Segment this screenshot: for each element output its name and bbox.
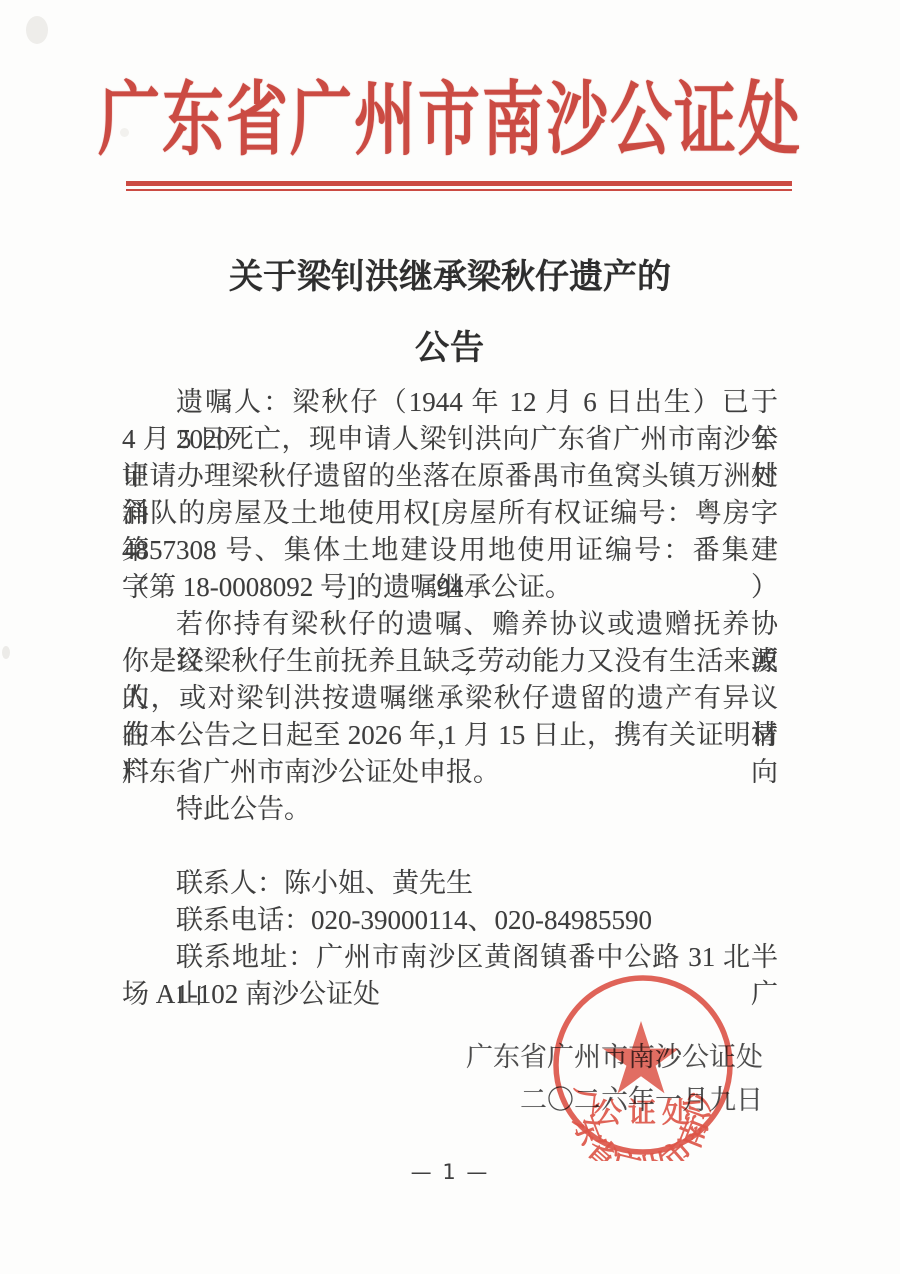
notice-body: 遗嘱人：梁秋仔（1944 年 12 月 6 日出生）已于 2020 年 4 月 …: [122, 384, 778, 1013]
blank-line: [122, 828, 778, 865]
paragraph1-line: 遗嘱人：梁秋仔（1944 年 12 月 6 日出生）已于 2020 年: [122, 384, 778, 421]
seal-bottom-text: 公证处: [594, 1097, 696, 1129]
paragraph2-line: 若你持有梁秋仔的遗嘱、赡养协议或遗赠抚养协议，或: [122, 606, 778, 643]
scan-artifact: [26, 16, 48, 44]
letterhead-double-rule: [126, 181, 792, 191]
notice-title-line1: 关于梁钊洪继承梁秋仔遗产的: [0, 249, 900, 298]
paragraph2-line: 在本公告之日起至 2026 年 1 月 15 日止，携有关证明材料向: [122, 717, 778, 754]
notary-seal: 广东省广州市南沙 公证处: [549, 971, 739, 1161]
paragraph1-line: 涌队的房屋及土地使用权[房屋所有权证编号：粤房字第: [122, 495, 778, 532]
notice-title-line2: 公告: [0, 320, 900, 369]
rule-thin-line: [126, 189, 792, 191]
notice-document-page: 广东省广州市南沙公证处 关于梁钊洪继承梁秋仔遗产的 公告 遗嘱人：梁秋仔（194…: [0, 0, 900, 1274]
star-icon: [603, 1021, 679, 1093]
contact-person-line: 联系人：陈小姐、黄先生: [122, 865, 778, 902]
paragraph1-line: 4 月 5 日死亡，现申请人梁钊洪向广东省广州市南沙公证处: [122, 421, 778, 458]
scan-artifact: [2, 646, 10, 659]
letterhead: 广东省广州市南沙公证处: [0, 55, 900, 144]
page-number: — 1 —: [0, 1160, 900, 1184]
contact-phone-line: 联系电话：020-39000114、020-84985590: [122, 902, 778, 939]
letterhead-org-name: 广东省广州市南沙公证处: [98, 55, 802, 171]
closing-line: 特此公告。: [122, 791, 778, 828]
paragraph1-line: 申请办理梁秋仔遗留的坐落在原番禺市鱼窝头镇万洲村斜: [122, 458, 778, 495]
paragraph1-line: 4857308 号、集体土地建设用地使用证编号：番集建（94）: [122, 532, 778, 569]
paragraph2-line: 人，或对梁钊洪按遗嘱继承梁秋仔遗留的遗产有异议的，请: [122, 680, 778, 717]
paragraph2-line: 你是经梁秋仔生前抚养且缺乏劳动能力又没有生活来源的: [122, 643, 778, 680]
